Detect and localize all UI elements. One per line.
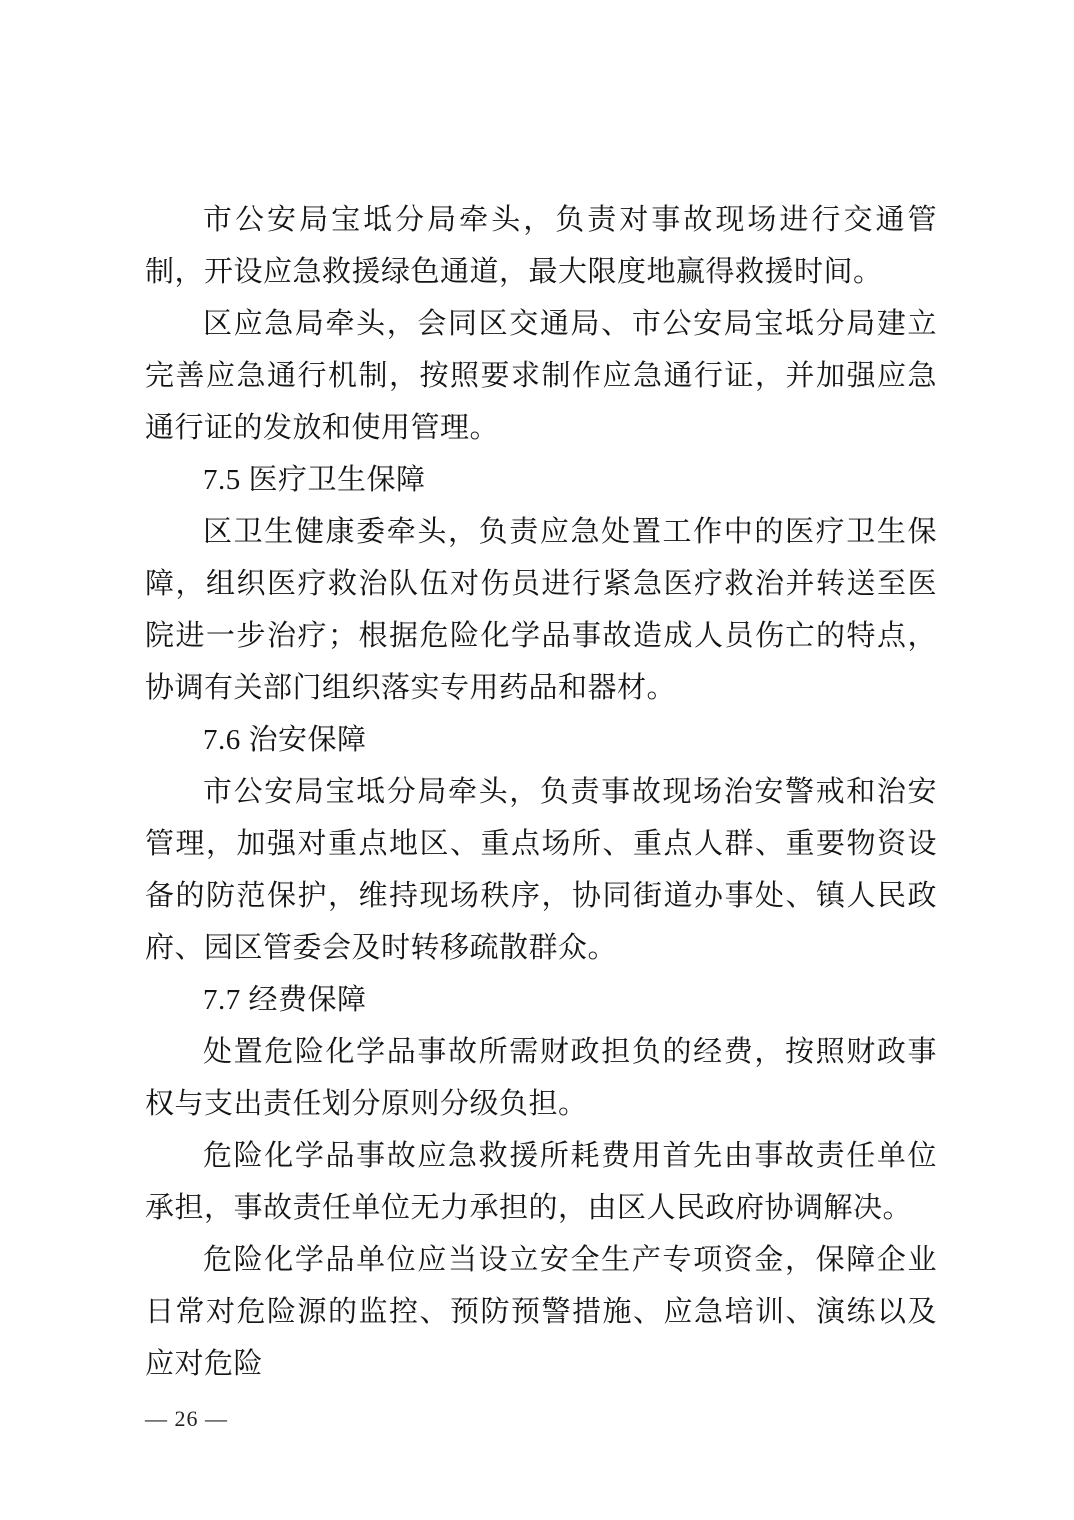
paragraph: 危险化学品单位应当设立安全生产专项资金，保障企业日常对危险源的监控、预防预警措施… (145, 1234, 937, 1390)
paragraph: 区卫生健康委牵头，负责应急处置工作中的医疗卫生保障，组织医疗救治队伍对伤员进行紧… (145, 506, 937, 714)
paragraph: 处置危险化学品事故所需财政担负的经费，按照财政事权与支出责任划分原则分级负担。 (145, 1026, 937, 1130)
paragraph: 危险化学品事故应急救援所耗费用首先由事故责任单位承担，事故责任单位无力承担的，由… (145, 1130, 937, 1234)
document-text-block: 市公安局宝坻分局牵头，负责对事故现场进行交通管制，开设应急救援绿色通道，最大限度… (145, 194, 937, 1390)
page-number: — 26 — (145, 1404, 228, 1434)
paragraph: 市公安局宝坻分局牵头，负责对事故现场进行交通管制，开设应急救援绿色通道，最大限度… (145, 194, 937, 298)
section-heading-7-7: 7.7 经费保障 (145, 974, 937, 1026)
section-heading-7-6: 7.6 治安保障 (145, 714, 937, 766)
paragraph: 市公安局宝坻分局牵头，负责事故现场治安警戒和治安管理，加强对重点地区、重点场所、… (145, 766, 937, 974)
section-heading-7-5: 7.5 医疗卫生保障 (145, 454, 937, 506)
document-page: 市公安局宝坻分局牵头，负责对事故现场进行交通管制，开设应急救援绿色通道，最大限度… (0, 0, 1074, 1520)
paragraph: 区应急局牵头，会同区交通局、市公安局宝坻分局建立完善应急通行机制，按照要求制作应… (145, 298, 937, 454)
